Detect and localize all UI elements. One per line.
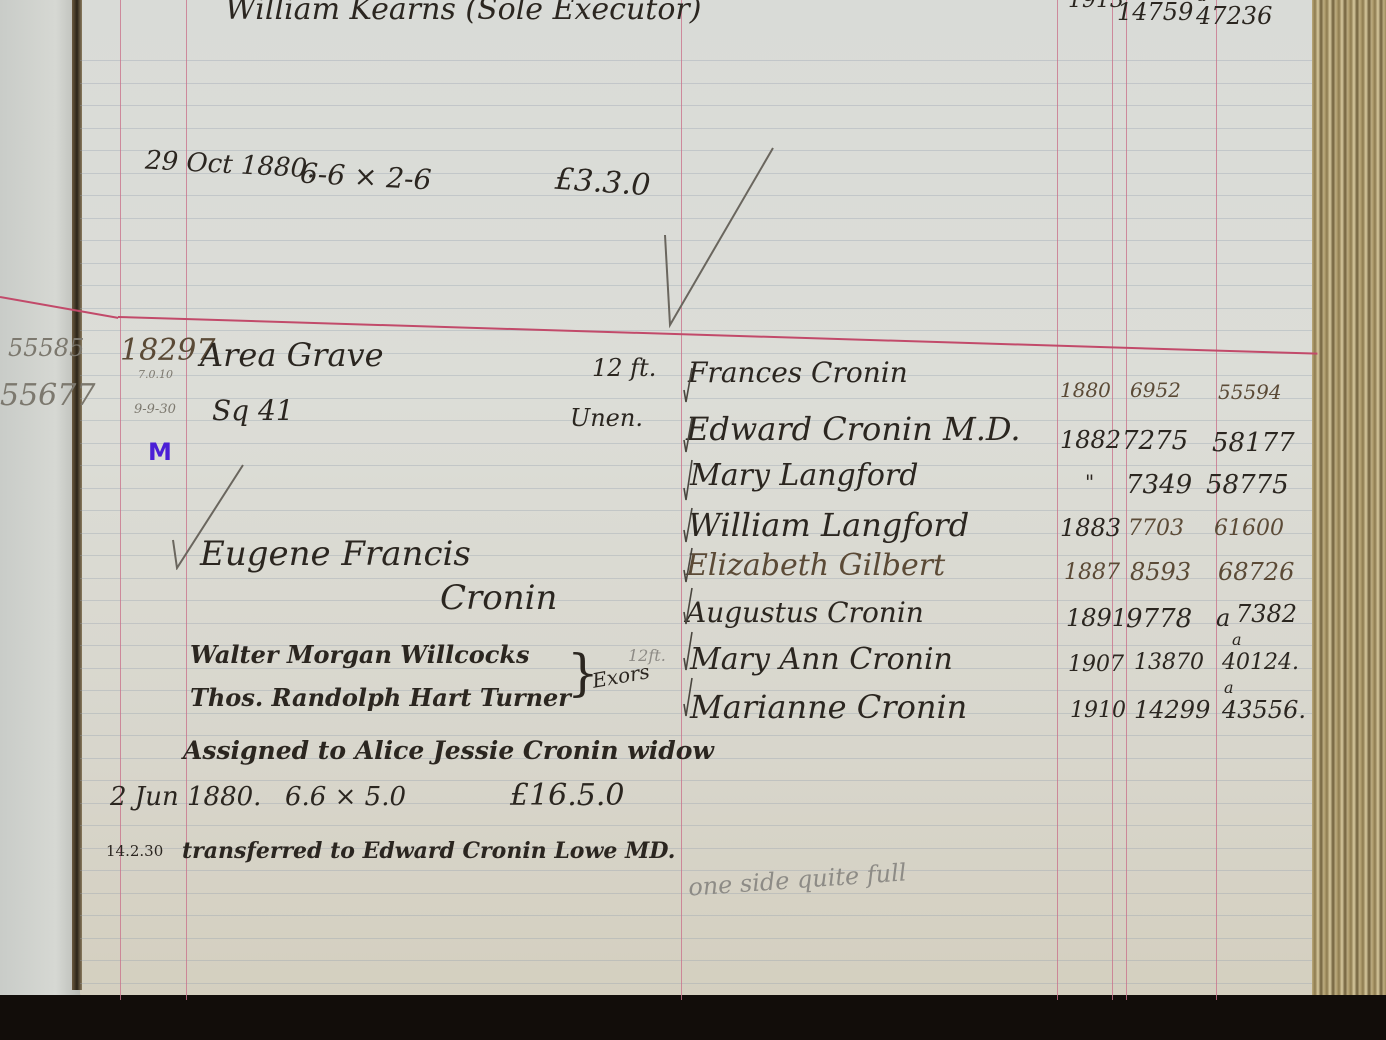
grave-type: Area Grave (200, 336, 384, 374)
burial-number: 13870 (1134, 650, 1204, 675)
purchase-date: 2 Jun 1880. (110, 782, 261, 812)
burial-number: 7275 (1122, 426, 1188, 456)
burial-year: 1883 (1060, 514, 1121, 542)
burial-number: 9778 (1126, 604, 1192, 634)
margin-line-7 (1216, 0, 1217, 1000)
burial-year: 1891 (1066, 604, 1127, 632)
margin-line-4 (1057, 0, 1058, 1000)
burial-ref: 61600 (1214, 516, 1284, 541)
owner-surname: Cronin (440, 578, 557, 618)
left-page-number-2: 55677 (0, 378, 95, 413)
burial-number: 7703 (1128, 516, 1184, 541)
previous-purchase-price: £3.3.0 (554, 162, 652, 204)
book-gutter (72, 0, 82, 990)
previous-purchase-dimensions: 6-6 × 2-6 (299, 157, 432, 197)
burial-ref: 55594 (1218, 380, 1282, 404)
purchase-dimensions: 6.6 × 5.0 (285, 782, 406, 812)
burial-ref-prefix: a (1224, 678, 1234, 697)
purchase-price: £16.5.0 (510, 778, 625, 813)
burial-ref: 58177 (1212, 428, 1295, 458)
grave-depth: 12 ft. (592, 354, 656, 382)
burial-ref: 40124. (1222, 650, 1299, 675)
executor-1: Walter Morgan Willcocks (190, 640, 530, 669)
margin-mark-m: M (148, 438, 172, 466)
burial-year: 1910 (1070, 698, 1126, 723)
burial-year: 1882 (1060, 426, 1121, 454)
page-edges (1312, 0, 1386, 1005)
previous-number: 14759 (1117, 0, 1193, 26)
burial-name: Mary Langford (690, 458, 918, 493)
previous-year: 1913 (1068, 0, 1124, 13)
burial-name: Frances Cronin (688, 356, 908, 389)
burial-name: Augustus Cronin (686, 596, 924, 629)
owner-first-names: Eugene Francis (200, 534, 471, 574)
burial-year: 1907 (1068, 652, 1124, 677)
executors-side-note: 12ft. (628, 646, 666, 665)
margin-line-5 (1112, 0, 1113, 1000)
burial-number: 14299 (1134, 696, 1210, 724)
transfer-line: transferred to Edward Cronin Lowe MD. (182, 838, 675, 864)
grave-square: Sq 41 (212, 394, 294, 427)
large-check-mark-icon (655, 140, 785, 340)
previous-ref: 47236 (1196, 2, 1272, 30)
grave-sub-date-1: 7.0.10 (138, 368, 173, 381)
burial-name: Marianne Cronin (690, 688, 967, 726)
burial-number: 8593 (1130, 558, 1191, 586)
burial-ref-prefix: a (1232, 630, 1242, 649)
executor-2: Thos. Randolph Hart Turner (190, 683, 571, 712)
previous-executor-line: William Kearns (Sole Executor) (225, 0, 701, 27)
burial-name: Elizabeth Gilbert (686, 548, 945, 583)
burial-name: William Langford (688, 506, 969, 544)
table-surface (0, 995, 1386, 1040)
burial-year: 1887 (1064, 560, 1120, 585)
grave-sub-date-2: 9-9-30 (134, 402, 176, 417)
depth-note: Unen. (570, 404, 643, 432)
burial-number: 6952 (1130, 378, 1181, 402)
burial-number: 7349 (1126, 470, 1192, 500)
burial-year: " (1085, 470, 1094, 494)
burial-name: Edward Cronin M.D. (686, 410, 1021, 448)
left-page (0, 0, 80, 1000)
burial-name: Mary Ann Cronin (690, 642, 953, 677)
burial-ref: 7382 (1236, 600, 1297, 628)
burial-ref: 43556. (1222, 696, 1306, 724)
left-page-number-1: 55585 (8, 334, 84, 362)
burial-year: 1880 (1060, 378, 1111, 402)
transfer-date: 14.2.30 (106, 842, 163, 860)
burial-ref: 68726 (1218, 558, 1294, 586)
assignment-line: Assigned to Alice Jessie Cronin widow (183, 736, 714, 765)
burial-ref-prefix: a (1216, 604, 1230, 632)
burial-tick-marks-icon (670, 360, 700, 730)
margin-line-6 (1126, 0, 1127, 1000)
burial-ref: 58775 (1206, 470, 1289, 500)
